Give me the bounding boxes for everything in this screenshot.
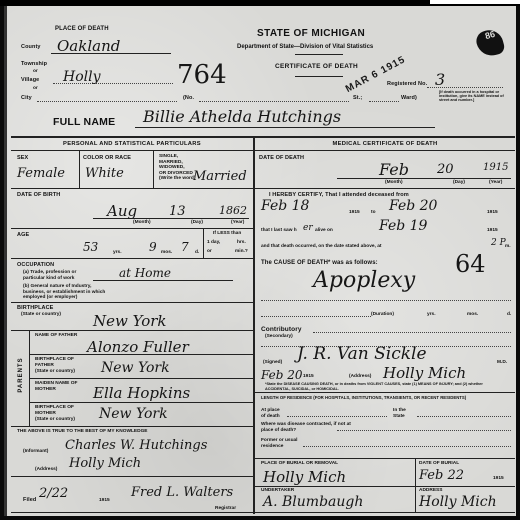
last-saw-gender: er [303,223,313,233]
dod-year: 1915 [483,162,508,173]
age-months: 9 [149,240,157,254]
death-certificate: PLACE OF DEATH County Oakland Township o… [4,6,516,516]
last-saw-date: Feb 19 [379,218,427,234]
marital-status-value: Married [193,169,247,184]
father-birthplace-label: BIRTHPLACE OF FATHER [35,357,85,368]
in-state-label: In the State [393,408,417,419]
burial-date-label: DATE OF BURIAL [419,461,459,467]
one-day-label: 1 day, [207,240,220,246]
received-date-stamp: MAR 6 1915 [344,54,408,95]
former-residence-label: Former or usual residence [261,438,301,449]
hrs-label: hrs. [237,240,246,246]
filed-year: 1915 [99,498,110,504]
burial-year: 1915 [493,476,504,482]
min-label: min.? [235,249,248,255]
county-label: County [21,44,41,50]
age-days: 7 [181,240,189,254]
scan-edge-highlight [430,0,520,4]
or-label-1: or [33,69,38,75]
birthplace-value: New York [93,312,167,330]
cause-code: 64 [455,250,486,278]
mother-name-value: Ella Hopkins [93,384,190,402]
alive-on-text: alive on [315,228,333,234]
color-race-label: COLOR OR RACE [83,155,131,161]
margin-number: 764 [177,60,227,90]
birthplace-label: BIRTHPLACE [17,305,53,311]
hospital-note: [If death occurred in a hospital or inst… [439,90,507,103]
parents-label: PARENTS [18,351,24,399]
full-name-label: FULL NAME [53,116,115,128]
attended-from-year: 1915 [349,210,360,216]
mother-birthplace-label: BIRTHPLACE OF MOTHER [35,405,85,416]
informant-address-label: (Address) [35,467,57,473]
cause-of-death-label: The CAUSE OF DEATH* was as follows: [261,260,378,266]
occupation-a-value: at Home [119,266,171,280]
burial-place-label: PLACE OF BURIAL OR REMOVAL [261,461,338,467]
dod-year-caption: (Year) [489,180,502,186]
registered-no-label: Registered No. [387,81,427,87]
time-m-label: m. [505,244,511,250]
full-name-value: Billie Athelda Hutchings [143,107,341,126]
where-contracted-label: Where was disease contracted, if not at … [261,422,351,433]
informant-value: Charles W. Hutchings [65,438,207,453]
dob-month: Aug [107,202,137,220]
registered-no-value: 3 [435,70,445,89]
residence-label: LENGTH OF RESIDENCE (FOR HOSPITALS, INST… [261,395,511,400]
personal-section-title: PERSONAL AND STATISTICAL PARTICULARS [11,141,253,147]
dob-month-caption: (Month) [133,220,151,226]
attended-to-year: 1915 [487,210,498,216]
dod-month-caption: (Month) [385,180,403,186]
certificate-title: CERTIFICATE OF DEATH [275,63,358,70]
burial-place-value: Holly Mich [263,468,346,486]
occurred-time: 2 P [491,238,506,248]
dod-month: Feb [379,160,409,179]
occupation-label: OCCUPATION [17,262,54,268]
attended-from: Feb 18 [261,198,309,214]
state-title: STATE OF MICHIGAN [257,28,365,39]
undertaker-address-value: Holly Mich [419,494,497,510]
registrar-label: Registrar [215,506,236,512]
medical-section-title: MEDICAL CERTIFICATE OF DEATH [255,141,515,147]
or-min-label: or [207,249,212,255]
occupation-b-label: (b) General nature of Industry, business… [23,284,107,301]
sex-label: SEX [17,155,28,161]
last-saw-year: 1915 [487,228,498,234]
place-of-death-label: PLACE OF DEATH [55,26,109,32]
color-race-value: White [85,166,124,181]
father-birthplace-value: New York [101,360,170,376]
dod-day-caption: (Day) [453,180,465,186]
occupation-a-label: (a) Trade, profession or particular kind… [23,270,93,281]
dob-day: 13 [169,204,186,219]
secondary-label: (Secondary) [265,334,293,340]
md-label: M.D. [497,360,507,366]
cause-footnote: *State the DISEASE CAUSING DEATH, or in … [265,382,509,391]
cause-of-death-value: Apoplexy [313,268,415,293]
attended-to: Feb 20 [389,198,437,214]
informant-address-value: Holly Mich [69,456,141,471]
department-title: Department of State—Division of Vital St… [237,44,373,50]
or-label-2: or [33,86,38,92]
mother-name-label: MAIDEN NAME OF MOTHER [35,381,91,392]
signed-value: J. R. Van Sickle [297,344,427,364]
duration-label: (Duration) [371,312,394,318]
father-birthplace-sub: (State or country) [35,369,75,375]
sign-address-label: (Address) [349,374,371,380]
father-name-label: NAME OF FATHER [35,333,85,339]
sign-address-value: Holly Mich [383,364,466,382]
village-value: Holly [63,69,101,85]
ward-label: Ward) [401,95,417,101]
age-label: AGE [17,232,29,238]
duration-yrs-label: yrs. [427,312,436,318]
duration-mos-label: mos. [467,312,478,318]
dob-year-caption: (Year) [231,220,244,226]
sign-date: Feb 20 [261,368,303,382]
informant-label: (Informant) [23,449,48,455]
contributory-label: Contributory [261,326,302,333]
county-value: Oakland [57,37,120,55]
age-months-caption: mos. [161,250,172,256]
age-years: 53 [83,240,98,254]
street-label: St.; [353,95,362,101]
undertaker-value: A. Blumbaugh [263,494,363,510]
marital-status-labels: SINGLE, MARRIED, WIDOWED, OR DIVORCED (W… [159,154,195,182]
birthplace-sub-label: (State or country) [21,312,61,318]
duration-d-label: d. [507,312,511,318]
last-saw-text: that I last saw h [261,228,297,234]
registrar-value: Fred L. Walters [131,485,233,500]
township-label: Township [21,61,47,67]
at-place-label: At place of death [261,408,285,419]
dob-year: 1862 [219,204,247,217]
mother-birthplace-sub: (State or country) [35,417,75,423]
filed-label: Filed [23,497,36,503]
sex-value: Female [17,166,65,181]
dod-label: DATE OF DEATH [259,155,304,161]
dob-day-caption: (Day) [191,220,203,226]
occurred-text: and that death occurred, on the date sta… [261,244,381,250]
dob-label: DATE OF BIRTH [17,192,60,198]
age-days-caption: d. [195,250,199,256]
mother-birthplace-value: New York [99,406,168,422]
city-label: City [21,95,32,101]
true-statement-label: THE ABOVE IS TRUE TO THE BEST OF MY KNOW… [17,429,148,435]
sign-year: 1915 [303,374,314,380]
signed-label: (Signed) [263,360,282,366]
village-label: Village [21,77,39,83]
undertaker-label: UNDERTAKER [261,488,294,494]
age-years-caption: yrs. [113,250,122,256]
to-label: to [371,210,376,216]
filed-date: 2/22 [39,486,68,501]
undertaker-address-label: ADDRESS [419,488,442,494]
less-than-label: If LESS than [213,231,241,237]
dod-day: 20 [437,162,454,177]
street-no-label: (No. [183,95,194,101]
burial-date-value: Feb 22 [419,468,464,483]
